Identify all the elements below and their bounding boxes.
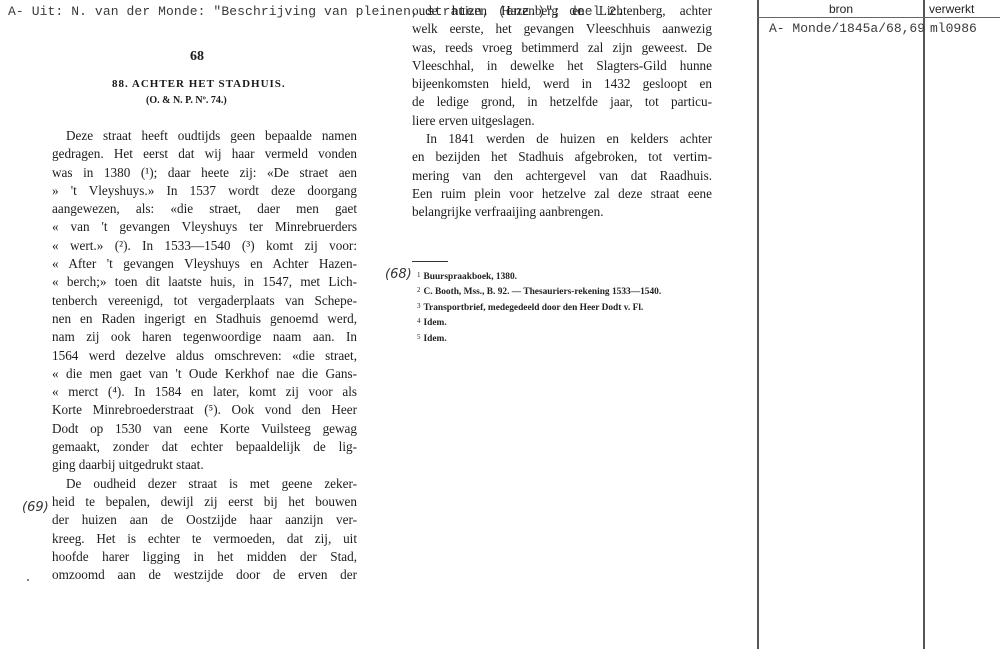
footnote-text: Idem. <box>424 318 447 328</box>
text-line: Vleeschhal, in dewelke het Slagters-Gild… <box>412 57 712 75</box>
footnote-text: Idem. <box>424 334 447 344</box>
text-line: heid te bepalen, dewijl zij eerst bij he… <box>52 493 357 511</box>
footnote-rule <box>412 261 448 262</box>
text-line: nen en Raden ingerigt en Stadhuis genoem… <box>52 310 357 328</box>
text-line: aangewezen, als: «die straet, daer men g… <box>52 200 357 218</box>
footnote: 2C. Booth, Mss., B. 92. — Thesauriers-re… <box>417 284 661 299</box>
right-text-column: oude huizen Hazenberg en Lichtenberg, ac… <box>412 2 712 222</box>
text-line: de ledige grond, in hetzelfde jaar, tot … <box>412 93 712 111</box>
cell-verwerkt-value: ml0986 <box>930 21 977 36</box>
text-line: hoofde harer ligging in het midden der S… <box>52 548 357 566</box>
margin-note-page-69: (69) <box>22 500 49 515</box>
text-line: 1564 werd dezelve aldus omschreven: «die… <box>52 347 357 365</box>
text-line: In 1841 werden de huizen en kelders acht… <box>412 130 712 148</box>
source-table: bron verwerkt A- Monde/1845a/68,69 ml098… <box>757 0 1000 649</box>
table-header-divider <box>757 17 1000 18</box>
left-text-column: Deze straat heeft oudtijds geen bepaalde… <box>52 127 357 584</box>
text-line: tenberch vereenigd, tot vergaderplaats v… <box>52 292 357 310</box>
column-header-bron: bron <box>759 2 923 16</box>
text-line: Dodt op 1530 van eene Korte Vuilsteeg ge… <box>52 420 357 438</box>
text-line: liere erven uitgeslagen. <box>412 112 712 130</box>
text-line: » 't Vleyshuys.» In 1537 wordt deze door… <box>52 182 357 200</box>
footnote-text: Buurspraakboek, 1380. <box>424 272 518 282</box>
column-header-verwerkt: verwerkt <box>929 2 974 16</box>
scan-speck <box>27 579 29 581</box>
text-line: bijeenkomsten hield, werd in 1432 gesloo… <box>412 75 712 93</box>
footnote: 4Idem. <box>417 315 661 330</box>
text-line: « berch;» toen dit laatste huis, in 1547… <box>52 273 357 291</box>
footnote-text: C. Booth, Mss., B. 92. — Thesauriers-rek… <box>424 287 662 297</box>
footnote-number: 5 <box>417 333 421 341</box>
text-line: « van 't gevangen Vleyshuys ter Minrebru… <box>52 218 357 236</box>
section-reference: (O. & N. P. Nº. 74.) <box>146 95 227 106</box>
text-line: Korte Minrebroederstraat (⁵). Ook vond d… <box>52 401 357 419</box>
text-line: gedragen. Het eerst dat wij haar vermeld… <box>52 145 357 163</box>
text-line: ging daarbij uitgedrukt staat. <box>52 456 357 474</box>
text-line: oude huizen Hazenberg en Lichtenberg, ac… <box>412 2 712 20</box>
page-number: 68 <box>190 49 204 65</box>
table-border-left <box>757 0 759 649</box>
footnote: 3Transportbrief, medegedeeld door den He… <box>417 300 661 315</box>
footnote: 5Idem. <box>417 331 661 346</box>
text-line: « merct (⁴). In 1584 en later, komt zij … <box>52 383 357 401</box>
footnote-number: 3 <box>417 302 421 310</box>
footnotes: 1Buurspraakboek, 1380. 2C. Booth, Mss., … <box>417 269 661 346</box>
footnote-number: 4 <box>417 317 421 325</box>
text-line: « wert.» (²). In 1533—1540 (³) komt zij … <box>52 237 357 255</box>
footnote-number: 1 <box>417 271 421 279</box>
footnote-text: Transportbrief, medegedeeld door den Hee… <box>424 303 644 313</box>
text-line: De oudheid dezer straat is met geene zek… <box>52 475 357 493</box>
text-line: welk eerste, het gevangen Vleeschhuis aa… <box>412 20 712 38</box>
text-line: der huizen aan de Oostzijde haar aanzijn… <box>52 511 357 529</box>
footnote: 1Buurspraakboek, 1380. <box>417 269 661 284</box>
text-line: « die men gaet van 't Oude Kerkhof nae d… <box>52 365 357 383</box>
margin-note-page-68: (68) <box>385 267 412 282</box>
text-line: « After 't gevangen Vleyshuys en Achter … <box>52 255 357 273</box>
text-line: belangrijke verfraaijing aanbrengen. <box>412 203 712 221</box>
table-column-divider <box>923 0 925 649</box>
cell-bron-value: A- Monde/1845a/68,69 <box>769 21 925 36</box>
text-line: en bezijden het Stadhuis afgebroken, tot… <box>412 148 712 166</box>
section-title: 88. ACHTER HET STADHUIS. <box>112 78 286 90</box>
footnote-number: 2 <box>417 286 421 294</box>
text-line: gemaakt, zonder dat echter bepaaldelijk … <box>52 438 357 456</box>
text-line: was in 1380 (¹); daar heete zij: «De str… <box>52 164 357 182</box>
text-line: kreeg. Het is echter te vermoeden, dat z… <box>52 530 357 548</box>
text-line: was, reeds vroeg betimmerd zal zijn gewe… <box>412 39 712 57</box>
text-line: omzoomd aan de westzijde door de erven d… <box>52 566 357 584</box>
text-line: Deze straat heeft oudtijds geen bepaalde… <box>52 127 357 145</box>
text-line: nam zij ook haren tegenwoordige naam aan… <box>52 328 357 346</box>
text-line: mering van den achtergevel van dat Raadh… <box>412 167 712 185</box>
text-line: Een ruim plein voor hetzelve zal deze st… <box>412 185 712 203</box>
